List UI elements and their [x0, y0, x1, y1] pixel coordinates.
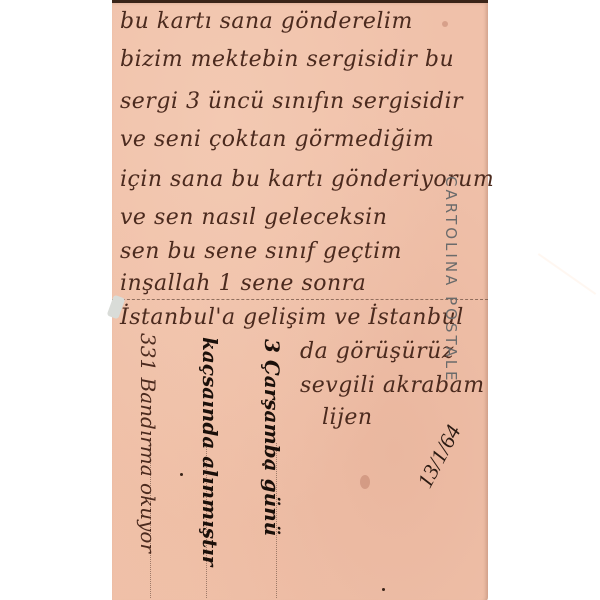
postcard-back: bu kartı sana gönderelim bizim mektebin …: [112, 0, 488, 600]
printed-header: CARTOLINA POSTALE: [442, 176, 460, 384]
message-line-5: için sana bu kartı gönderiyorum: [120, 167, 494, 192]
ink-dot: [382, 588, 385, 591]
message-line-1: bu kartı sana gönderelim: [120, 9, 413, 34]
message-line-6: ve sen nasıl geleceksin: [120, 205, 387, 230]
stain: [360, 475, 370, 489]
message-line-7: sen bu sene sınıf geçtim: [120, 239, 402, 264]
address-line-2: kaçsaında alınmıştır: [198, 337, 222, 566]
message-line-9: İstanbul'a gelişim ve İstanbul: [120, 305, 464, 330]
address-line-3: 331 Bandırma okuyor: [136, 333, 160, 553]
message-line-12: lijen: [322, 405, 373, 430]
card-crease: [538, 253, 596, 295]
message-line-4: ve seni çoktan görmediğim: [120, 127, 434, 152]
message-line-10: da görüşürüz: [300, 339, 454, 364]
stain: [442, 21, 448, 27]
message-address-divider: [112, 299, 488, 300]
message-line-2: bizim mektebin sergisidir bu: [120, 47, 454, 72]
ink-dot: [262, 463, 265, 466]
ink-dot: [180, 473, 183, 476]
message-line-3: sergi 3 üncü sınıfın sergisidir: [120, 89, 463, 114]
address-line-1: 3 Çarşamba günü: [260, 339, 284, 536]
message-line-8: inşallah 1 sene sonra: [120, 271, 366, 296]
